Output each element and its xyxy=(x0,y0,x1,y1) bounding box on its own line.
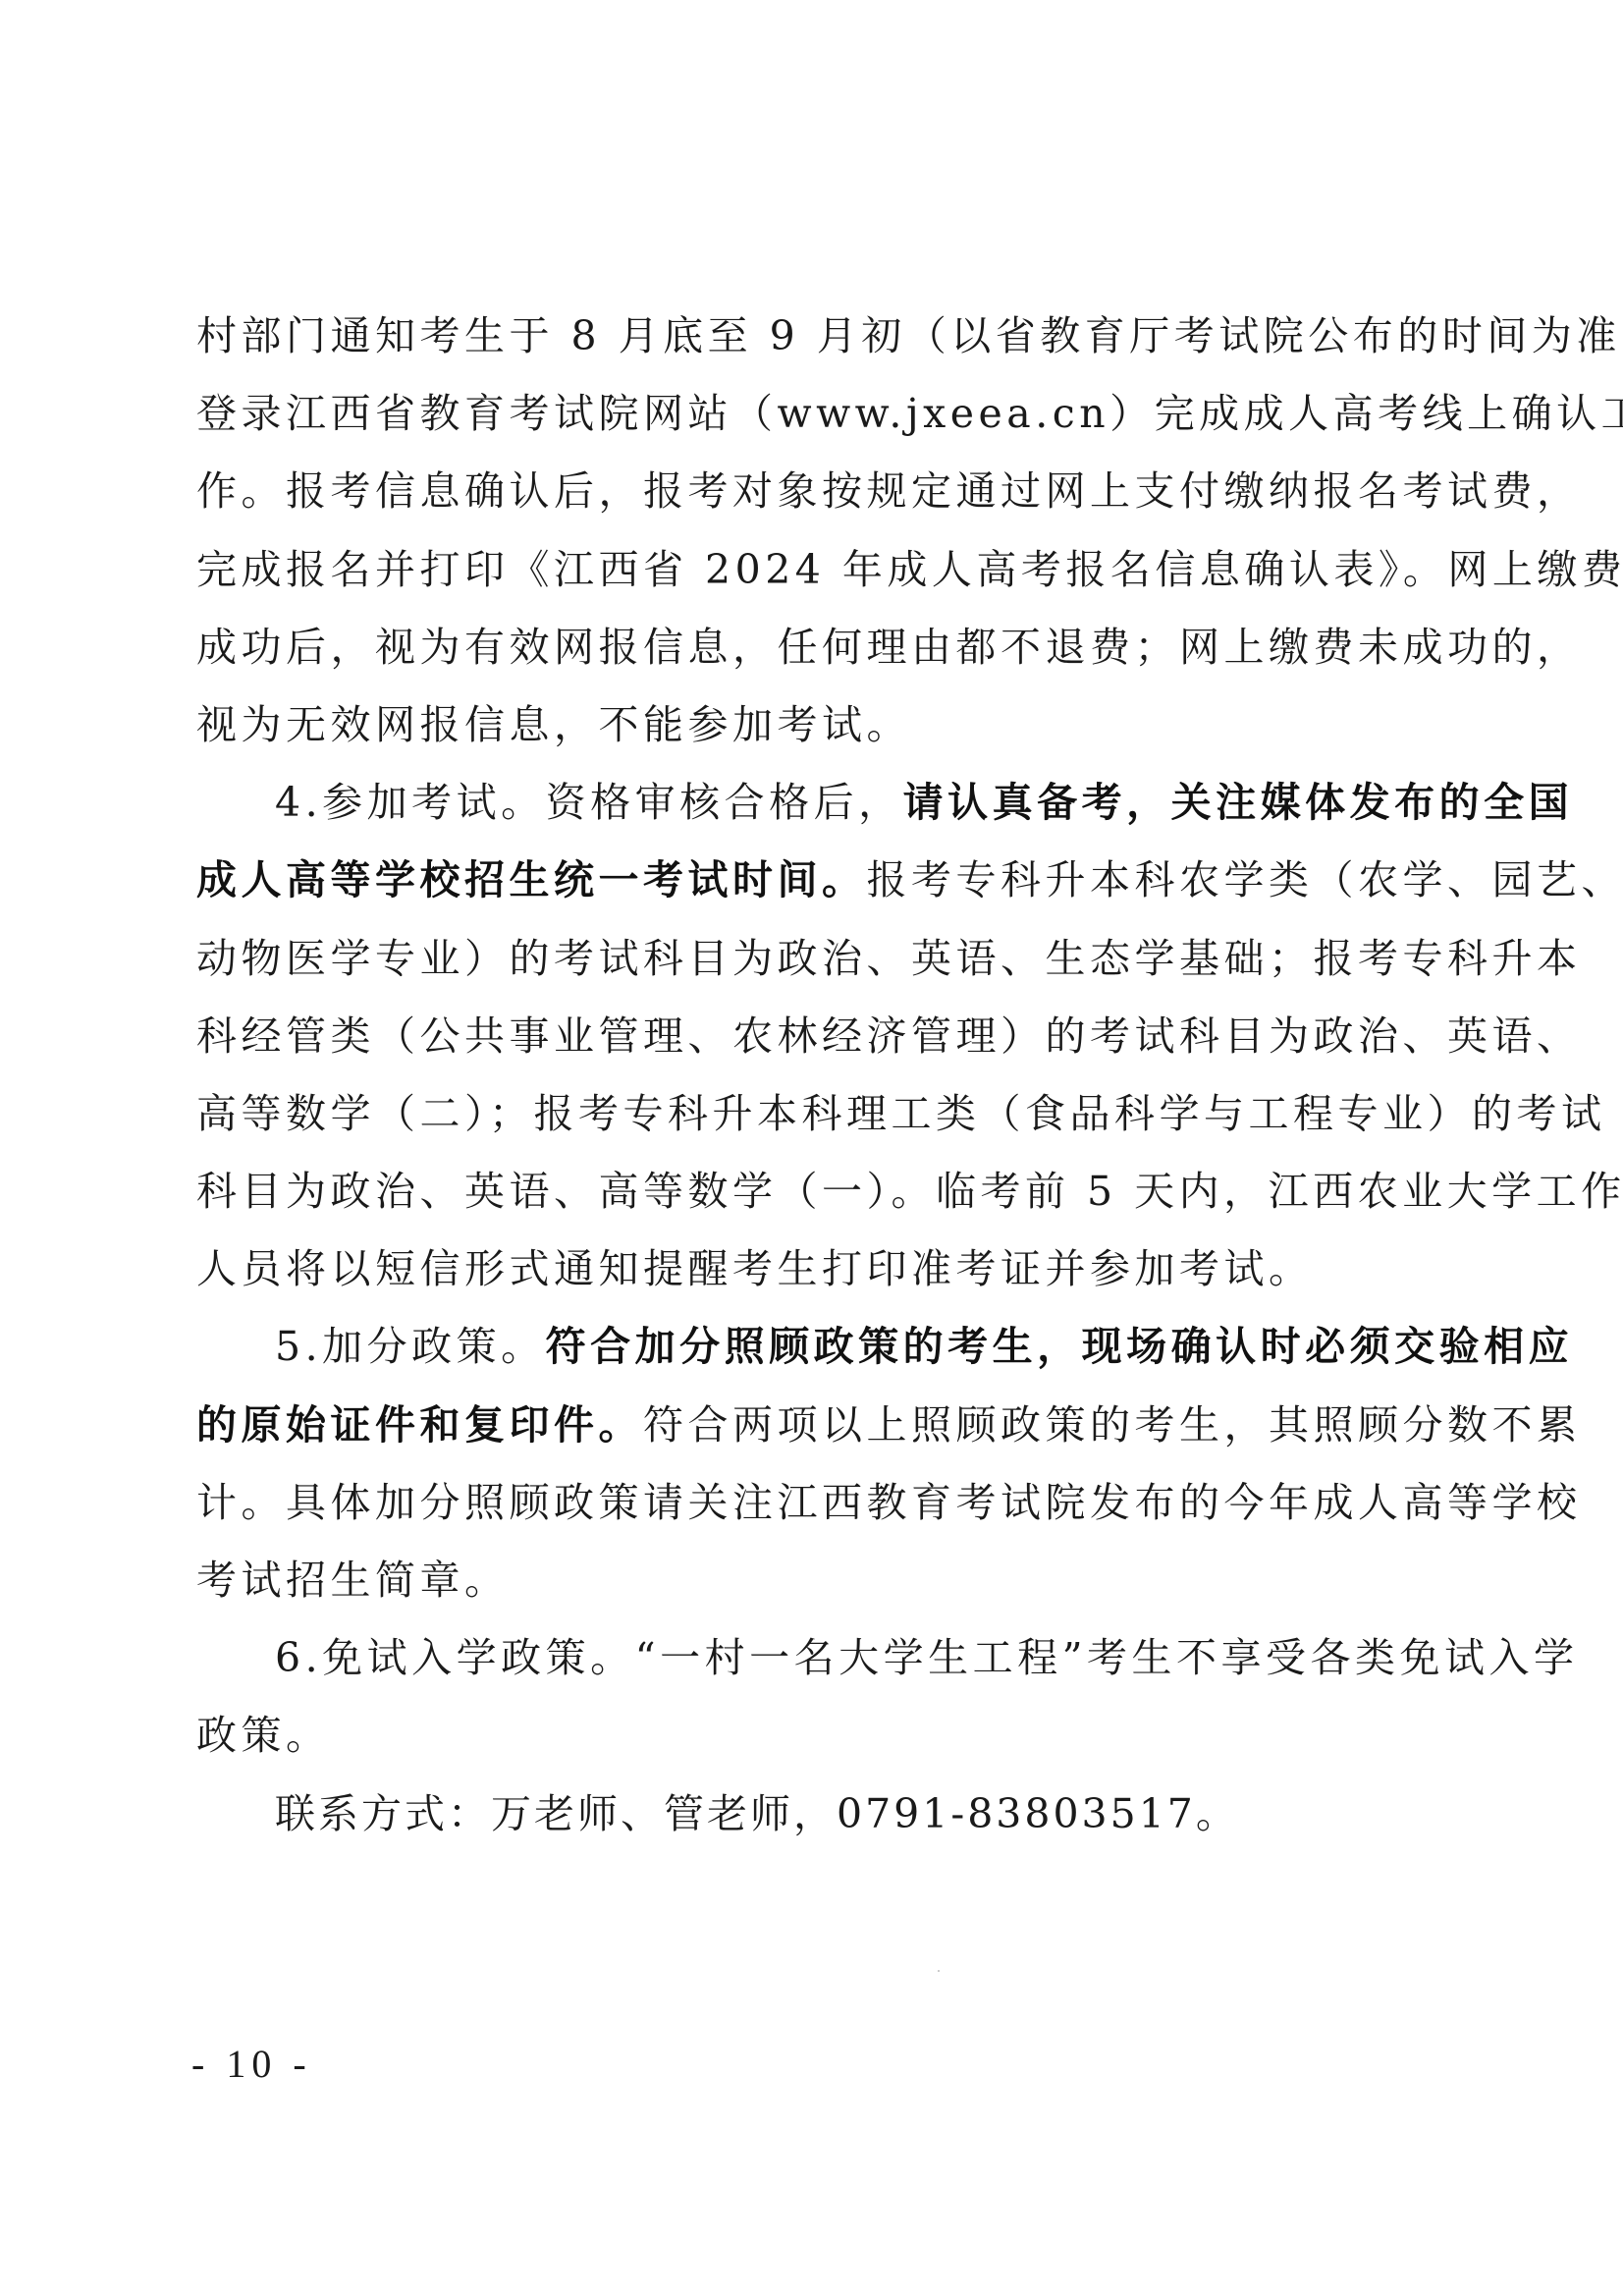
item4-line: 4.参加考试。资格审核合格后，请认真备考，关注媒体发布的全国 xyxy=(196,773,1389,850)
item4-line: 科目为政治、英语、高等数学（一）。临考前 5 天内，江西农业大学工作 xyxy=(196,1162,1389,1239)
item5-bold-text: 符合加分照顾政策的考生，现场确认时必须交验相应 xyxy=(546,1323,1574,1370)
paragraph-line: 完成报名并打印《江西省 2024 年成人高考报名信息确认表》。网上缴费 xyxy=(196,540,1389,618)
item4-line: 科经管类（公共事业管理、农林经济管理）的考试科目为政治、英语、 xyxy=(196,1007,1389,1084)
item4-bold-text: 请认真备考，关注媒体发布的全国 xyxy=(903,779,1574,826)
paragraph-line: 作。报考信息确认后，报考对象按规定通过网上支付缴纳报名考试费， xyxy=(196,462,1389,539)
item6-line: 6.免试入学政策。“一村一名大学生工程”考生不享受各类免试入学 xyxy=(196,1628,1389,1706)
item4-line: 人员将以短信形式通知提醒考生打印准考证并参加考试。 xyxy=(196,1239,1389,1317)
item5-line: 的原始证件和复印件。符合两项以上照顾政策的考生，其照顾分数不累 xyxy=(196,1395,1389,1473)
item5-line: 考试招生简章。 xyxy=(196,1551,1389,1628)
item5-text: 符合两项以上照顾政策的考生，其照顾分数不累 xyxy=(643,1401,1582,1449)
paragraph-line: 视为无效网报信息，不能参加考试。 xyxy=(196,695,1389,773)
item5-bold-text: 的原始证件和复印件。 xyxy=(196,1401,643,1449)
item4-line: 高等数学（二）；报考专科升本科理工类（食品科学与工程专业）的考试 xyxy=(196,1084,1389,1162)
document-body: 村部门通知考生于 8 月底至 9 月初（以省教育厅考试院公布的时间为准） 登录江… xyxy=(196,306,1389,1862)
item5-line: 5.加分政策。符合加分照顾政策的考生，现场确认时必须交验相应 xyxy=(196,1317,1389,1394)
paragraph-line: 村部门通知考生于 8 月底至 9 月初（以省教育厅考试院公布的时间为准） xyxy=(196,306,1389,384)
contact-info: 联系方式：万老师、管老师，0791-83803517。 xyxy=(196,1784,1389,1862)
item4-line: 成人高等学校招生统一考试时间。报考专科升本科农学类（农学、园艺、 xyxy=(196,850,1389,928)
scan-speck xyxy=(938,1970,940,1972)
item4-heading-text: 4.参加考试。资格审核合格后， xyxy=(275,779,903,826)
page-number: - 10 - xyxy=(191,2041,312,2088)
item5-line: 计。具体加分照顾政策请关注江西教育考试院发布的今年成人高等学校 xyxy=(196,1473,1389,1551)
item4-bold-text: 成人高等学校招生统一考试时间。 xyxy=(196,856,867,903)
item4-line: 动物医学专业）的考试科目为政治、英语、生态学基础；报考专科升本 xyxy=(196,929,1389,1007)
paragraph-line: 成功后，视为有效网报信息，任何理由都不退费；网上缴费未成功的， xyxy=(196,618,1389,695)
document-page: 村部门通知考生于 8 月底至 9 月初（以省教育厅考试院公布的时间为准） 登录江… xyxy=(0,0,1623,2296)
item6-line: 政策。 xyxy=(196,1706,1389,1783)
paragraph-line: 登录江西省教育考试院网站（www.jxeea.cn）完成成人高考线上确认工 xyxy=(196,384,1389,462)
item4-text: 报考专科升本科农学类（农学、园艺、 xyxy=(867,856,1623,903)
item5-heading-text: 5.加分政策。 xyxy=(275,1323,546,1370)
